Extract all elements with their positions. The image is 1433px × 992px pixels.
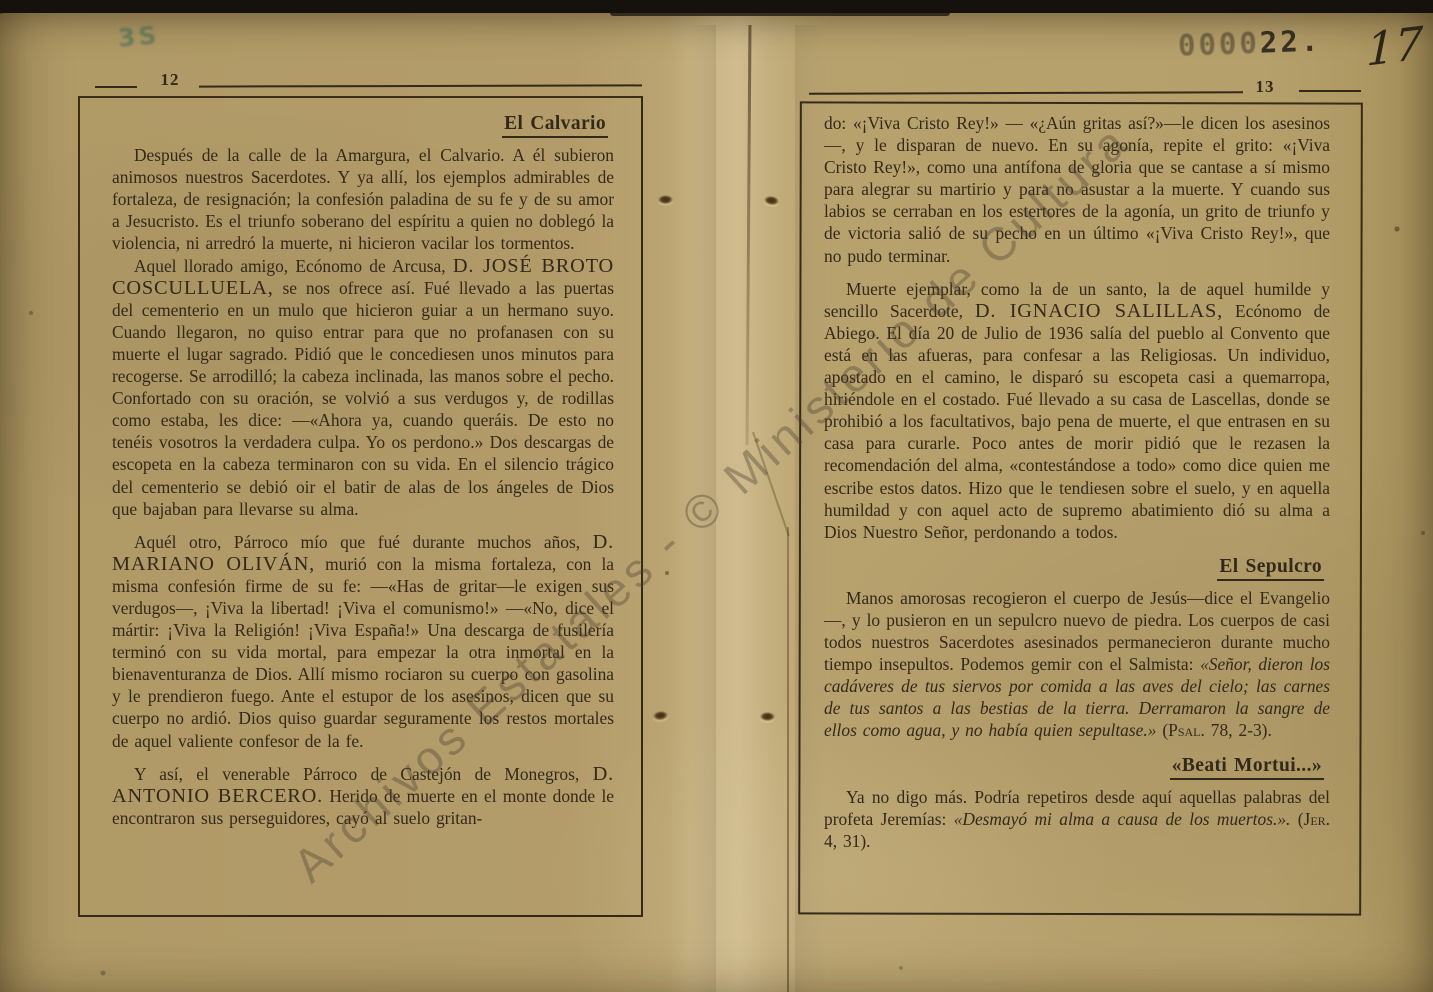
handwritten-folio-number: 17	[1366, 16, 1424, 76]
text-run: Ecónomo de Abiego. El día 20 de Julio de…	[824, 301, 1330, 542]
page-13-body: do: «¡Viva Cristo Rey!» — «¿Aún gritas a…	[824, 112, 1330, 911]
text-run: Y así, el venerable Párroco de Castejón …	[134, 764, 593, 784]
text-run: Aquél otro, Párroco mío que fué durante …	[134, 532, 593, 552]
text-run: (	[1156, 720, 1168, 740]
stitch-hole	[763, 195, 779, 206]
text-run-sc: Jer.	[1304, 809, 1330, 829]
text-run: Aquel llorado amigo, Ecónomo de Arcusa,	[134, 256, 453, 276]
text-run: 4, 31).	[824, 831, 871, 851]
paragraph: Muerte ejemplar, como la de un santo, la…	[824, 278, 1330, 543]
text-run-caps: D. IGNACIO SALILLAS,	[975, 300, 1223, 322]
stitch-hole	[658, 195, 673, 204]
paragraph: Aquel llorado amigo, Ecónomo de Arcusa, …	[112, 255, 614, 520]
gutter-crease	[787, 527, 789, 992]
section-heading: El Calvario	[112, 112, 608, 135]
page-12-body: El CalvarioDespués de la calle de la Ama…	[112, 112, 614, 912]
book-paper: 12 El CalvarioDespués de la calle de la …	[0, 12, 1433, 992]
stitch-hole	[653, 710, 669, 721]
text-run: 78, 2-3).	[1205, 720, 1272, 740]
section-heading: El Sepulcro	[824, 555, 1324, 578]
section-heading-text: El Calvario	[502, 113, 608, 138]
photo-background-edge	[0, 0, 1433, 13]
text-run: Después de la calle de la Amargura, el C…	[112, 145, 614, 253]
page-number-13: 13	[1247, 77, 1283, 97]
paragraph: Aquél otro, Párroco mío que fué durante …	[112, 531, 614, 752]
paragraph: Manos amorosas recogieron el cuerpo de J…	[824, 587, 1330, 742]
folio-rule-right-long	[809, 91, 1243, 95]
paragraph: Y así, el venerable Párroco de Castejón …	[112, 763, 614, 829]
page-number-12: 12	[152, 70, 188, 90]
text-run-it: «Desmayó mi alma a causa de los muertos.…	[954, 809, 1291, 829]
folio-rule-right-short	[1299, 90, 1361, 92]
section-heading-text: El Sepulcro	[1217, 556, 1324, 581]
folio-rule-left-long	[199, 84, 642, 87]
folio-rule-left-short	[95, 86, 137, 88]
stitch-hole	[760, 712, 775, 721]
stamp-faint-digits: 0000	[1177, 26, 1260, 63]
text-run: do: «¡Viva Cristo Rey!» — «¿Aún gritas a…	[824, 113, 1330, 266]
archive-stamp-number: 000022.	[1177, 24, 1321, 63]
paragraph: Ya no digo más. Podría repetiros desde a…	[824, 786, 1330, 852]
text-run-sc: Psal.	[1168, 720, 1205, 740]
text-run: murió con la misma fortaleza, con la mis…	[112, 554, 614, 751]
paragraph: Después de la calle de la Amargura, el C…	[112, 144, 614, 254]
text-run: se nos ofrece así. Fué llevado a las pue…	[112, 278, 614, 519]
scanned-book-spread: 12 El CalvarioDespués de la calle de la …	[0, 0, 1433, 992]
text-run: (	[1290, 809, 1303, 829]
gutter-crease	[752, 432, 790, 537]
gutter-crease	[746, 25, 752, 445]
faded-ink-stamp: 3S	[117, 20, 161, 52]
gutter-shadow-left	[690, 25, 716, 992]
paragraph: do: «¡Viva Cristo Rey!» — «¿Aún gritas a…	[824, 112, 1330, 267]
stamp-dark-digits: 22.	[1259, 24, 1322, 60]
section-heading: «Beati Mortui...»	[824, 754, 1324, 777]
section-heading-text: «Beati Mortui...»	[1170, 755, 1324, 780]
